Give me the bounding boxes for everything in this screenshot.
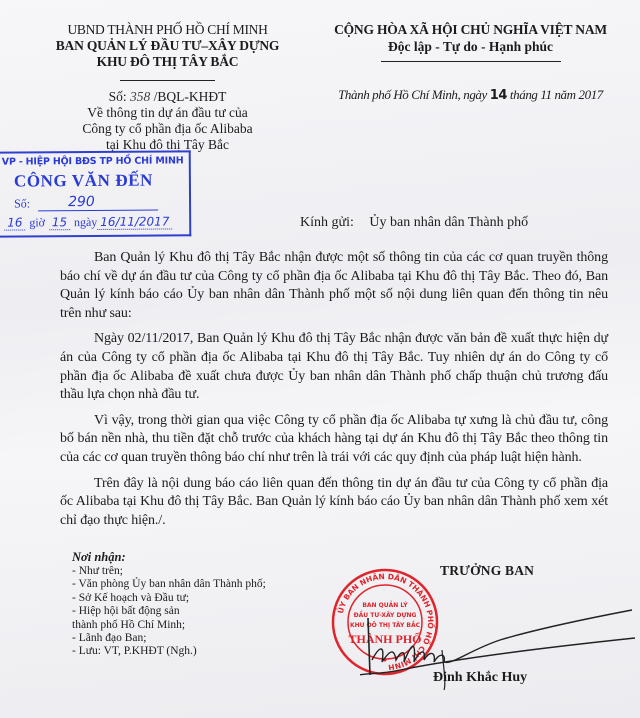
stamp-organization: VP - HIỆP HỘI BĐS TP HỒ CHÍ MINH [2,155,184,167]
distribution-item: thành phố Hồ Chí Minh; [72,619,312,632]
header-divider [120,80,215,81]
stamp-minute: 15 [49,215,70,230]
addressee-value: Ủy ban nhân dân Thành phố [369,215,528,230]
country-name: CỘNG HÒA XÃ HỘI CHỦ NGHĨA VIỆT NAM [318,22,623,38]
date-day-handwritten: 14 [490,88,507,103]
authority-line-3: KHU ĐÔ THỊ TÂY BẮC [30,54,305,70]
issuing-authority-header: UBND THÀNH PHỐ HỒ CHÍ MINH BAN QUẢN LÝ Đ… [30,22,305,153]
authority-line-1: UBND THÀNH PHỐ HỒ CHÍ MINH [30,22,305,38]
addressee-label: Kính gửi: [300,215,354,230]
body-paragraph-4: Trên đây là nội dung báo cáo liên quan đ… [60,475,608,531]
national-motto: Độc lập - Tự do - Hạnh phúc [318,38,623,55]
addressee: Kính gửi: Ủy ban nhân dân Thành phố [300,215,528,231]
distribution-heading: Nơi nhận: [72,550,312,565]
stamp-hour: 16 [4,215,25,230]
distribution-item: - Sở Kế hoạch và Đầu tư; [72,592,312,605]
stamp-title: CÔNG VĂN ĐẾN [14,171,153,192]
distribution-item: - Lưu: VT, P.KHĐT (Ngh.) [72,645,312,658]
signer-name: Đinh Khắc Huy [433,670,527,686]
distribution-item: - Văn phòng Ủy ban nhân dân Thành phố; [72,578,312,591]
authority-line-2: BAN QUẢN LÝ ĐẦU TƯ–XÂY DỰNG [30,38,305,54]
stamp-date: 16/11/2017 [97,214,172,230]
document-number-value: 358 [130,89,150,104]
body-paragraph-3: Vì vậy, trong thời gian qua việc Công ty… [60,412,608,468]
incoming-document-stamp: VP - HIỆP HỘI BĐS TP HỒ CHÍ MINH CÔNG VĂ… [0,150,191,237]
national-motto-header: CỘNG HÒA XÃ HỘI CHỦ NGHĨA VIỆT NAM Độc l… [318,22,623,62]
place-date: Thành phố Hồ Chí Minh, ngày 14 tháng 11 … [318,87,623,103]
distribution-item: - Hiệp hội bất động sản [72,605,312,618]
distribution-list: Nơi nhận: - Như trên; - Văn phòng Ủy ban… [72,550,312,659]
signer-title: TRƯỞNG BAN [440,563,534,579]
stamp-received-time: 16 giờ 15 ngày16/11/2017 [4,214,172,230]
body-paragraph-2: Ngày 02/11/2017, Ban Quản lý Khu đô thị … [60,330,608,404]
distribution-item: - Lãnh đạo Ban; [72,632,312,645]
subject-line-1: Về thông tin dự án đầu tư của [30,105,305,121]
document-number: Số: 358 /BQL-KHĐT [30,89,305,105]
document-page: UBND THÀNH PHỐ HỒ CHÍ MINH BAN QUẢN LÝ Đ… [0,0,640,718]
subject-line-2: Công ty cổ phần địa ốc Alibaba [30,121,305,137]
motto-divider [381,61,561,62]
body-paragraph-1: Ban Quản lý Khu đô thị Tây Bắc nhận được… [60,249,608,323]
document-body: Ban Quản lý Khu đô thị Tây Bắc nhận được… [60,249,608,537]
stamp-number-label: Số: [14,196,30,211]
stamp-number-value: 290 [38,194,158,212]
distribution-item: - Như trên; [72,565,312,578]
